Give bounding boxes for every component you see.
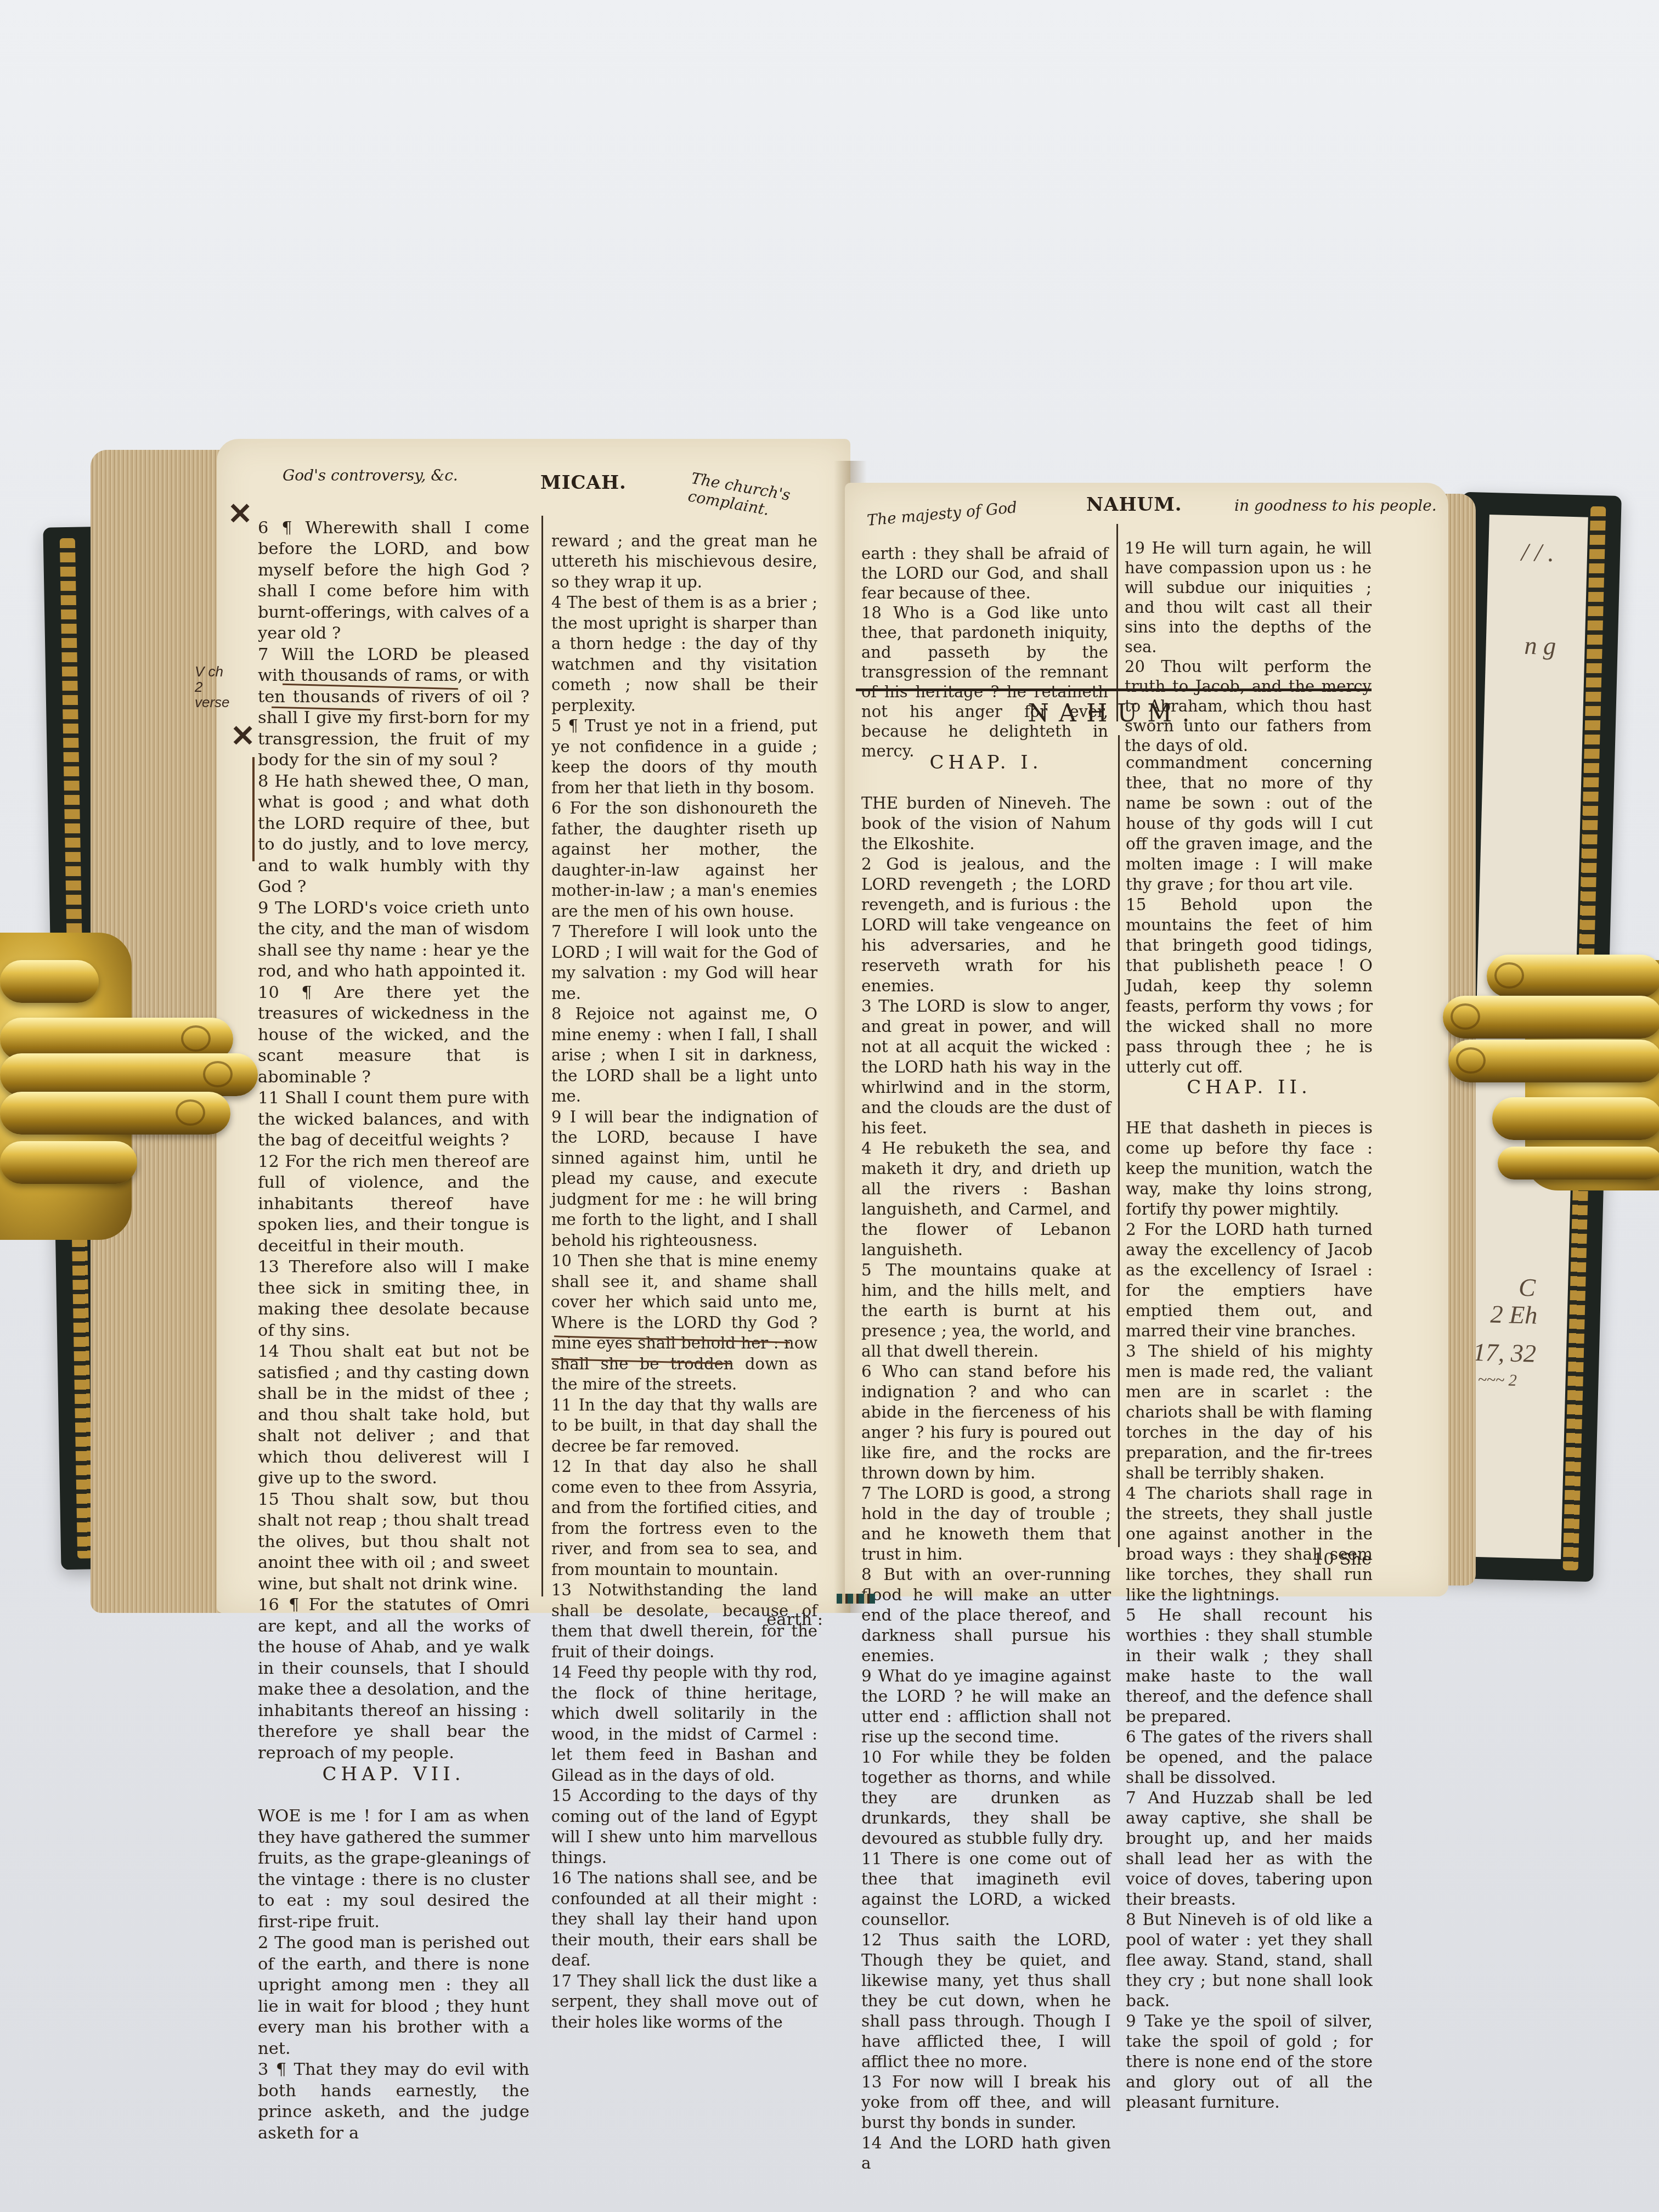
micah-6-verses: 6 ¶ Wherewith shall I come before the LO… (258, 518, 529, 1763)
brass-thumb (1498, 1147, 1659, 1180)
right-page-column-2: commandment concerning thee, that no mor… (1126, 732, 1373, 2113)
running-head-left: God's controversy, &c. (283, 466, 458, 484)
micah-7-end-verses: earth : they shall be afraid of the LORD… (861, 544, 1108, 760)
book-name-micah: MICAH. (540, 472, 627, 494)
pen-margin-bar (252, 757, 255, 861)
brass-hand-page-holder-right (1361, 944, 1659, 1218)
brass-finger (0, 1092, 230, 1135)
nahum-2-verses: HE that dasheth in pieces is come up bef… (1126, 1119, 1373, 2112)
book-title-nahum: NAHUM. (845, 699, 1383, 727)
catchword: earth : (741, 1588, 823, 1630)
catchword-text: 10 She (1313, 1550, 1372, 1569)
chapter-heading: CHAP. VII. (258, 1764, 529, 1785)
flyleaf-note: ~~~ 2 (1477, 1370, 1517, 1390)
running-head-center: NAHUM. (1086, 494, 1182, 516)
pen-x-mark: ✕ (230, 719, 255, 753)
column-divider (541, 516, 543, 1596)
headband (837, 1594, 875, 1604)
brass-thumb (0, 960, 99, 1003)
micah-7-verses-continued: reward ; and the great man he uttereth h… (551, 532, 817, 2032)
running-head-right: in goodness to his people. (1234, 496, 1437, 515)
nahum-1-verses: THE burden of Nineveh. The book of the v… (861, 794, 1111, 2172)
brass-finger (0, 1053, 258, 1096)
section-rule (856, 689, 1372, 691)
running-head-center: MICAH. (540, 472, 627, 494)
book-name-nahum: NAHUM. (1086, 494, 1182, 516)
left-page-column-2: reward ; and the great man he uttereth h… (551, 510, 817, 2033)
pen-x-mark: ✕ (228, 496, 252, 531)
flyleaf-note: C (1518, 1273, 1536, 1302)
left-page-column-1: 6 ¶ Wherewith shall I come before the LO… (258, 496, 529, 2144)
chapter-heading: CHAP. I. (861, 753, 1111, 773)
catchword-text: earth : (766, 1610, 823, 1629)
left-page-micah: God's controversy, &c. MICAH. The church… (217, 439, 850, 1613)
brass-finger (1492, 1097, 1659, 1140)
running-head-right-text: in goodness to his people. (1234, 496, 1437, 515)
brass-finger (1487, 955, 1659, 997)
brass-hand-page-holder-left (0, 900, 263, 1284)
brass-finger (1448, 1040, 1659, 1082)
flyleaf-note: 2 Eh (1490, 1300, 1538, 1330)
brass-finger (1443, 996, 1659, 1039)
flyleaf-note: 17, 32 (1472, 1338, 1536, 1368)
handwritten-margin-note: V ch 2 verse (195, 664, 233, 710)
running-head-left-text: God's controversy, &c. (283, 466, 458, 484)
flyleaf-note: n g (1524, 631, 1556, 661)
column-divider (1116, 524, 1118, 721)
flyleaf-note: / / . (1521, 538, 1554, 568)
micah-7-verses: WOE is me ! for I am as when they have g… (258, 1807, 529, 2143)
right-page-column-1: CHAP. I. THE burden of Nineveh. The book… (861, 732, 1111, 2174)
column-divider (1118, 735, 1120, 1547)
nahum-1-verses-continued: commandment concerning thee, that no mor… (1126, 753, 1373, 1076)
brass-finger (0, 1141, 137, 1184)
chapter-heading: CHAP. II. (1126, 1077, 1373, 1098)
catchword: 10 She (1295, 1528, 1372, 1570)
right-page-nahum: The majesty of God NAHUM. in goodness to… (845, 483, 1448, 1596)
